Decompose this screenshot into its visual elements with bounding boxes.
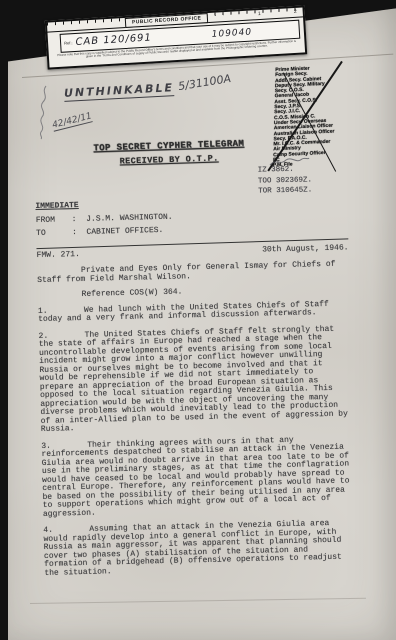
to-value: CABINET OFFICES. xyxy=(86,226,163,237)
slip-reference-handwritten: CAB 120/691 xyxy=(75,32,152,48)
paragraph-text: We had lunch with the United States Chie… xyxy=(38,300,350,325)
paragraph-number: 1. xyxy=(38,307,48,316)
to-separator: : xyxy=(72,228,77,237)
margin-pencil-squiggle xyxy=(34,84,56,140)
telegram-body: IMMEDIATE FROM: J.S.M. WASHINGTON. TO: C… xyxy=(35,192,356,586)
slip-ref-label: Ref.: xyxy=(64,40,73,45)
telegram-paragraph: 4. Assuming that an attack in the Venezi… xyxy=(43,519,356,578)
from-label: FROM xyxy=(36,213,72,227)
telegram-paragraph: 3. Their thinking agrees with ours in th… xyxy=(41,435,355,519)
ruler-mark-2: 2 xyxy=(294,9,297,15)
message-date: 30th August, 1946. xyxy=(262,244,349,255)
paragraph-number: 2. xyxy=(39,332,49,341)
telegram-paragraph: 2. The United States Chiefs of Staff fel… xyxy=(39,325,353,435)
addressing-line: Private and Eyes Only for General Ismay … xyxy=(37,260,349,285)
paragraph-number: 4. xyxy=(43,527,53,536)
routing-block: IZ 3862. TOO 302369Z. TOR 310645Z. xyxy=(258,164,313,197)
reference-line: Reference COS(W) 364. xyxy=(38,284,350,300)
to-label: TO xyxy=(36,226,72,240)
scanned-telegram-screenshot: PUBLIC RECORD OFFICE 1 2 Ref.: CAB 120/6… xyxy=(0,0,396,640)
slip-number-handwritten: 109040 xyxy=(211,27,252,39)
from-value: J.S.M. WASHINGTON. xyxy=(86,212,173,223)
paragraph-number: 3. xyxy=(41,442,51,451)
ruler-mark-1: 1 xyxy=(258,11,261,17)
telegram-paragraph: 1. We had lunch with the United States C… xyxy=(38,300,350,325)
from-separator: : xyxy=(72,215,77,224)
paragraph-text: Their thinking agrees with ours in that … xyxy=(41,435,355,519)
serial-number: FMW. 271. xyxy=(37,250,80,260)
distribution-list: Prime Minister Foreign Secy. Addl. Secy.… xyxy=(273,64,375,169)
precedence: IMMEDIATE xyxy=(35,201,78,211)
paragraphs: 1. We had lunch with the United States C… xyxy=(38,300,357,578)
paragraph-text: Assuming that an attack in the Venezia G… xyxy=(43,519,356,578)
paragraph-text: The United States Chiefs of Staff felt s… xyxy=(39,325,353,435)
